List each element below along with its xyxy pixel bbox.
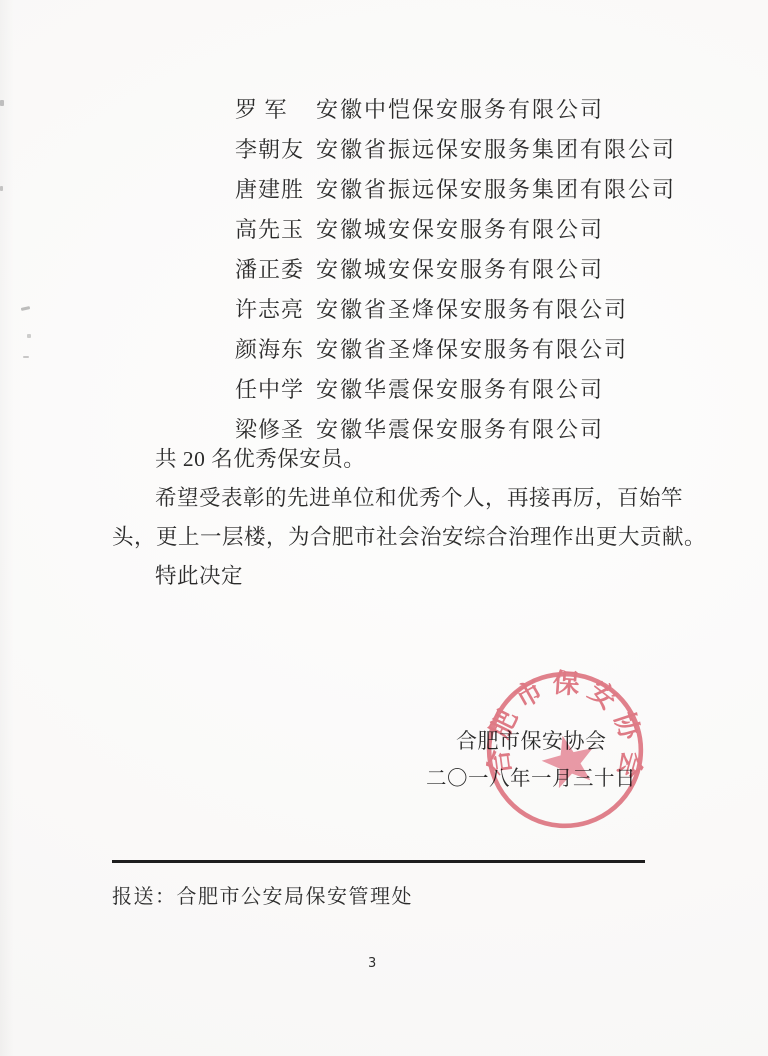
- recipient-name: 高先玉: [235, 213, 303, 244]
- list-item: 高先玉 安徽城安保安服务有限公司: [235, 208, 676, 248]
- recipient-name: 潘正委: [235, 253, 303, 284]
- scan-speck: [21, 306, 30, 311]
- recipient-name: 梁修圣: [235, 413, 303, 444]
- recipient-company: 安徽中恺保安服务有限公司: [316, 93, 604, 124]
- recipient-name: 唐建胜: [235, 173, 303, 204]
- recipient-company: 安徽城安保安服务有限公司: [316, 253, 604, 284]
- report-to-line: 报送：合肥市公安局保安管理处: [112, 880, 413, 909]
- recipient-company: 安徽城安保安服务有限公司: [316, 213, 604, 244]
- official-seal: 合肥市保安协会: [483, 668, 647, 832]
- body-line-hope-2: 头，更上一层楼，为合肥市社会治安综合治理作出更大贡献。: [112, 518, 672, 557]
- body-paragraphs: 共 20 名优秀保安员。 希望受表彰的先进单位和优秀个人，再接再厉，百始竿 头，…: [112, 440, 672, 596]
- page-number: 3: [368, 956, 376, 971]
- footer-divider: [112, 860, 645, 863]
- recipient-name: 许志亮: [235, 293, 303, 324]
- list-item: 唐建胜 安徽省振远保安服务集团有限公司: [235, 168, 676, 208]
- scan-speck: [27, 334, 31, 338]
- list-item: 颜海东 安徽省圣烽保安服务有限公司: [235, 328, 676, 368]
- body-line-closing: 特此决定: [112, 557, 672, 596]
- recipient-name: 李朝友: [235, 133, 303, 164]
- recipient-company: 安徽省振远保安服务集团有限公司: [316, 133, 676, 164]
- recipient-company: 安徽华震保安服务有限公司: [316, 413, 604, 444]
- recipient-company: 安徽省振远保安服务集团有限公司: [316, 173, 676, 204]
- recipient-name: 颜海东: [235, 333, 303, 364]
- scan-speck: [0, 100, 4, 106]
- recipient-name: 任中学: [235, 373, 303, 404]
- body-line-total: 共 20 名优秀保安员。: [112, 440, 672, 479]
- scan-speck: [0, 186, 3, 191]
- list-item: 任中学 安徽华震保安服务有限公司: [235, 368, 676, 408]
- recipient-name: 罗 军: [235, 93, 303, 124]
- document-page: 罗 军 安徽中恺保安服务有限公司 李朝友 安徽省振远保安服务集团有限公司 唐建胜…: [0, 0, 768, 1056]
- recipient-company: 安徽华震保安服务有限公司: [316, 373, 604, 404]
- list-item: 潘正委 安徽城安保安服务有限公司: [235, 248, 676, 288]
- list-item: 罗 军 安徽中恺保安服务有限公司: [235, 88, 676, 128]
- recipient-list: 罗 军 安徽中恺保安服务有限公司 李朝友 安徽省振远保安服务集团有限公司 唐建胜…: [235, 88, 676, 448]
- seal-star-icon: [537, 729, 600, 790]
- body-line-hope-1: 希望受表彰的先进单位和优秀个人，再接再厉，百始竿: [112, 479, 672, 518]
- recipient-company: 安徽省圣烽保安服务有限公司: [316, 293, 628, 324]
- list-item: 李朝友 安徽省振远保安服务集团有限公司: [235, 128, 676, 168]
- scan-speck: [23, 356, 29, 358]
- list-item: 许志亮 安徽省圣烽保安服务有限公司: [235, 288, 676, 328]
- recipient-company: 安徽省圣烽保安服务有限公司: [316, 333, 628, 364]
